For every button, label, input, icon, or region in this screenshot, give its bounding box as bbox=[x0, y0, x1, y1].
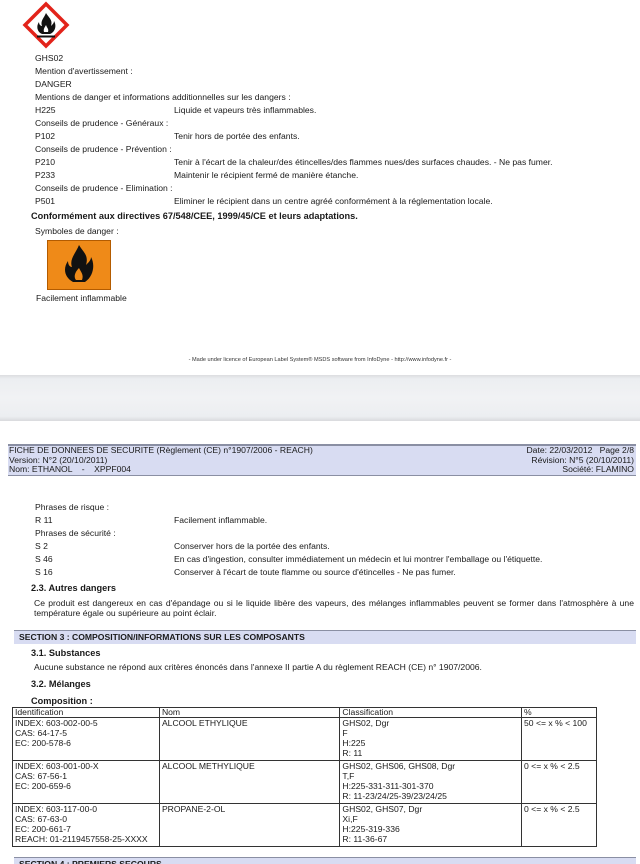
substances-heading: 3.1. Substances bbox=[31, 648, 100, 659]
classification-cell-line: GHS02, GHS06, GHS08, Dgr bbox=[342, 761, 519, 771]
hazard-heading: Mentions de danger et informations addit… bbox=[35, 92, 291, 103]
precaution-prevention-heading: Conseils de prudence - Prévention : bbox=[35, 144, 172, 155]
name-cell: ALCOOL METHYLIQUE bbox=[159, 761, 339, 804]
classification-cell-line: F bbox=[342, 728, 519, 738]
name-cell-line: ALCOOL ETHYLIQUE bbox=[162, 718, 337, 728]
company: Société: FLAMINO bbox=[526, 465, 634, 475]
pictogram-code: GHS02 bbox=[35, 53, 63, 64]
percent-cell-line: 50 <= x % < 100 bbox=[524, 718, 594, 728]
name-cell-line: ALCOOL METHYLIQUE bbox=[162, 761, 337, 771]
section-4-title: SECTION 4 : PREMIERS SECOURS bbox=[14, 857, 636, 864]
percent-cell: 0 <= x % < 2.5 bbox=[522, 761, 597, 804]
table-row: INDEX: 603-001-00-XCAS: 67-56-1EC: 200-6… bbox=[13, 761, 597, 804]
percent-cell-line: 0 <= x % < 2.5 bbox=[524, 761, 594, 771]
symbols-heading: Symboles de danger : bbox=[35, 226, 119, 237]
precaution-text: Tenir à l'écart de la chaleur/des étince… bbox=[174, 157, 553, 168]
column-header: % bbox=[522, 708, 597, 718]
safety-heading: Phrases de sécurité : bbox=[35, 528, 116, 539]
safety-text: En cas d'ingestion, consulter immédiatem… bbox=[174, 554, 542, 565]
risk-heading: Phrases de risque : bbox=[35, 502, 109, 513]
classification-cell-line: H:225 bbox=[342, 738, 519, 748]
precaution-code: P501 bbox=[35, 196, 55, 207]
classification-cell-line: Xi,F bbox=[342, 814, 519, 824]
identification-cell-line: INDEX: 603-001-00-X bbox=[15, 761, 157, 771]
safety-text: Conserver à l'écart de toute flamme ou s… bbox=[174, 567, 456, 578]
flame-icon bbox=[48, 241, 110, 289]
classification-cell-line: GHS02, GHS07, Dgr bbox=[342, 804, 519, 814]
product-name: Nom: ETHANOL - XPPF004 bbox=[9, 465, 313, 475]
precaution-elimination-heading: Conseils de prudence - Elimination : bbox=[35, 183, 173, 194]
precaution-text: Eliminer le récipient dans un centre agr… bbox=[174, 196, 493, 207]
column-header: Classification bbox=[340, 708, 522, 718]
warning-value: DANGER bbox=[35, 79, 72, 90]
risk-code: R 11 bbox=[35, 515, 53, 526]
identification-cell-line: CAS: 64-17-5 bbox=[15, 728, 157, 738]
identification-cell-line: EC: 200-661-7 bbox=[15, 824, 157, 834]
composition-table: Identification Nom Classification % INDE… bbox=[12, 707, 597, 847]
classification-cell-line: H:225-331-311-301-370 bbox=[342, 781, 519, 791]
percent-cell: 50 <= x % < 100 bbox=[522, 718, 597, 761]
table-row: INDEX: 603-002-00-5CAS: 64-17-5EC: 200-5… bbox=[13, 718, 597, 761]
symbol-caption: Facilement inflammable bbox=[36, 293, 127, 304]
safety-code: S 2 bbox=[35, 541, 48, 552]
identification-cell-line: INDEX: 603-117-00-0 bbox=[15, 804, 157, 814]
safety-text: Conserver hors de la portée des enfants. bbox=[174, 541, 330, 552]
other-hazards-heading: 2.3. Autres dangers bbox=[31, 583, 116, 594]
table-header-row: Identification Nom Classification % bbox=[13, 708, 597, 718]
classification-cell-line: H:225-319-336 bbox=[342, 824, 519, 834]
classification-cell-line: R: 11-23/24/25-39/23/24/25 bbox=[342, 791, 519, 801]
safety-code: S 46 bbox=[35, 554, 53, 565]
classification-cell: GHS02, GHS07, DgrXi,FH:225-319-336R: 11-… bbox=[340, 804, 522, 847]
name-cell: ALCOOL ETHYLIQUE bbox=[159, 718, 339, 761]
classification-cell-line: R: 11-36-67 bbox=[342, 834, 519, 844]
flame-icon bbox=[22, 1, 70, 49]
precaution-text: Tenir hors de portée des enfants. bbox=[174, 131, 300, 142]
page-number: Page 2/8 bbox=[600, 445, 634, 455]
name-cell: PROPANE-2-OL bbox=[159, 804, 339, 847]
hazard-code: H225 bbox=[35, 105, 56, 116]
safety-code: S 16 bbox=[35, 567, 53, 578]
precaution-code: P210 bbox=[35, 157, 55, 168]
identification-cell-line: REACH: 01-2119457558-25-XXXX bbox=[15, 834, 157, 844]
precaution-text: Maintenir le récipient fermé de manière … bbox=[174, 170, 358, 181]
classification-cell: GHS02, DgrFH:225R: 11 bbox=[340, 718, 522, 761]
document-header: FICHE DE DONNEES DE SECURITE (Règlement … bbox=[8, 444, 636, 476]
ghs02-flame-pictogram bbox=[22, 1, 70, 49]
flammable-symbol bbox=[47, 240, 111, 290]
classification-cell-line: T,F bbox=[342, 771, 519, 781]
warning-label: Mention d'avertissement : bbox=[35, 66, 133, 77]
footer-note: - Made under licence of European Label S… bbox=[0, 357, 640, 363]
table-row: INDEX: 603-117-00-0CAS: 67-63-0EC: 200-6… bbox=[13, 804, 597, 847]
precaution-general-heading: Conseils de prudence - Généraux : bbox=[35, 118, 168, 129]
identification-cell-line: CAS: 67-56-1 bbox=[15, 771, 157, 781]
percent-cell: 0 <= x % < 2.5 bbox=[522, 804, 597, 847]
identification-cell: INDEX: 603-002-00-5CAS: 64-17-5EC: 200-5… bbox=[13, 718, 160, 761]
identification-cell-line: CAS: 67-63-0 bbox=[15, 814, 157, 824]
document-date: Date: 22/03/2012 bbox=[526, 445, 592, 455]
classification-cell-line: R: 11 bbox=[342, 748, 519, 758]
other-hazards-text: Ce produit est dangereux en cas d'épanda… bbox=[34, 598, 634, 618]
identification-cell: INDEX: 603-001-00-XCAS: 67-56-1EC: 200-6… bbox=[13, 761, 160, 804]
mixtures-heading: 3.2. Mélanges bbox=[31, 679, 91, 690]
page-separator bbox=[0, 375, 640, 421]
column-header: Identification bbox=[13, 708, 160, 718]
hazard-text: Liquide et vapeurs très inflammables. bbox=[174, 105, 316, 116]
classification-cell: GHS02, GHS06, GHS08, DgrT,FH:225-331-311… bbox=[340, 761, 522, 804]
classification-cell-line: GHS02, Dgr bbox=[342, 718, 519, 728]
precaution-code: P233 bbox=[35, 170, 55, 181]
identification-cell-line: EC: 200-659-6 bbox=[15, 781, 157, 791]
identification-cell-line: EC: 200-578-6 bbox=[15, 738, 157, 748]
risk-text: Facilement inflammable. bbox=[174, 515, 267, 526]
name-cell-line: PROPANE-2-OL bbox=[162, 804, 337, 814]
directive-heading: Conformément aux directives 67/548/CEE, … bbox=[31, 211, 358, 222]
substances-text: Aucune substance ne répond aux critères … bbox=[34, 662, 482, 673]
section-3-title: SECTION 3 : COMPOSITION/INFORMATIONS SUR… bbox=[14, 630, 636, 644]
column-header: Nom bbox=[159, 708, 339, 718]
percent-cell-line: 0 <= x % < 2.5 bbox=[524, 804, 594, 814]
identification-cell-line: INDEX: 603-002-00-5 bbox=[15, 718, 157, 728]
composition-heading: Composition : bbox=[31, 696, 93, 707]
identification-cell: INDEX: 603-117-00-0CAS: 67-63-0EC: 200-6… bbox=[13, 804, 160, 847]
precaution-code: P102 bbox=[35, 131, 55, 142]
